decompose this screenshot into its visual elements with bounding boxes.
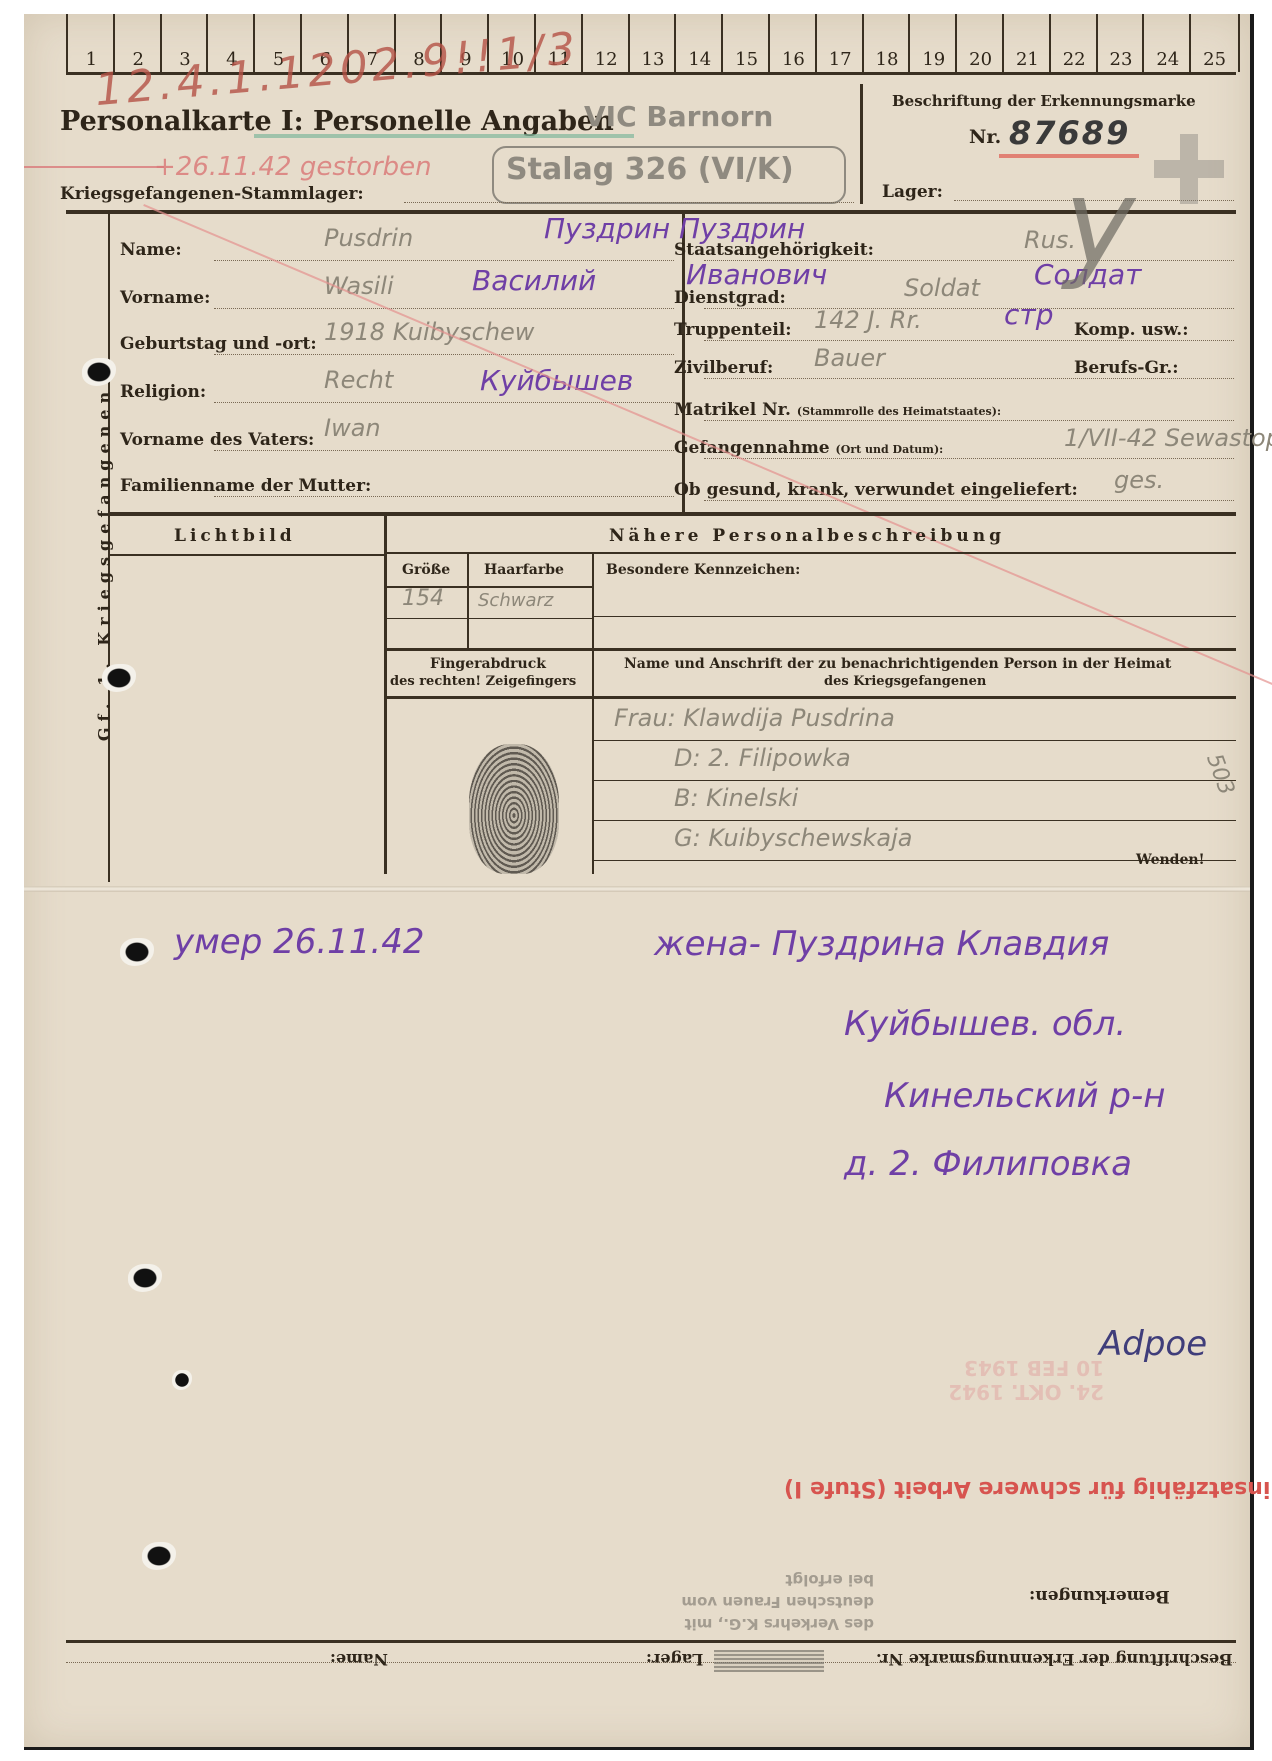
camp-stamp: Stalag 326 (VI/K) — [506, 152, 794, 187]
footer-name: Name: — [330, 1650, 388, 1669]
faded-red-stamp: 24. OKT. 1942 10 FEB 1943 — [904, 1284, 1104, 1404]
punch-hole — [172, 1370, 192, 1390]
number-cell: 15 — [721, 14, 770, 72]
personal-card: 1234567891011121314151617181920212223242… — [24, 14, 1254, 1750]
size-rule-2 — [386, 618, 592, 619]
right-field-label-text: Matrikel Nr. — [674, 400, 791, 420]
left-field-line — [214, 450, 674, 451]
haarfarbe-value: Schwarz — [478, 590, 553, 611]
number-cell: 17 — [815, 14, 864, 72]
haarfarbe-label: Haarfarbe — [484, 562, 564, 578]
fingerprint — [469, 744, 559, 874]
contact-line: G: Kuibyschewskaja — [674, 824, 913, 852]
left-field-label: Vorname des Vaters: — [120, 430, 314, 450]
margin-number: 503 — [1201, 750, 1239, 798]
right-field-label: Zivilberuf: — [674, 358, 773, 378]
red-arrow-line — [24, 166, 164, 168]
number-cell: 25 — [1189, 14, 1240, 72]
contact-line: B: Kinelski — [674, 784, 798, 812]
number-cell: 21 — [1002, 14, 1051, 72]
contact-rule — [594, 820, 1236, 821]
number-cell: 16 — [768, 14, 817, 72]
right-field-sublabel: Berufs-Gr.: — [1074, 358, 1179, 378]
patronymic-violet: Иванович — [686, 258, 827, 291]
lower-col-divider-1 — [384, 514, 387, 874]
right-field-value: Soldat — [904, 274, 980, 302]
grey-stamp-line: deutschen Frauen vom — [634, 1591, 874, 1613]
nr-value: 87689 — [1009, 114, 1130, 152]
groesse-value: 154 — [402, 586, 444, 611]
right-field-label: Dienstgrad: — [674, 288, 786, 308]
finger-label-2: des rechten! Zeigefingers — [390, 674, 576, 689]
right-field-value: 1/VII-42 Sewastopol — [1064, 424, 1272, 452]
punch-hole — [128, 1264, 162, 1292]
right-field-line — [704, 378, 1234, 379]
grey-stamp-line: des Verkehrs K.G., mit — [634, 1613, 874, 1635]
stammlager-label: Kriegsgefangenen-Stammlager: — [60, 184, 364, 204]
address-line: жена- Пуздрина Клавдия — [654, 924, 1109, 964]
left-field-value: Pusdrin — [324, 224, 413, 252]
name-violet: Пуздрин Пуздрин — [544, 212, 805, 245]
truppenteil-violet: стр — [1004, 298, 1053, 331]
left-field-value: Iwan — [324, 414, 381, 442]
kennzeichen-rule — [594, 616, 1236, 617]
grey-check-mark: y — [1064, 154, 1135, 293]
punch-hole — [102, 664, 136, 692]
right-field-label: Ob gesund, krank, verwundet eingeliefert… — [674, 480, 1078, 500]
lager-label: Lager: — [882, 182, 943, 202]
right-field-line — [704, 500, 1234, 501]
number-cell: 22 — [1049, 14, 1098, 72]
right-field-line — [704, 340, 1234, 341]
kennzeichen-label: Besondere Kennzeichen: — [606, 562, 800, 578]
faded-stamp-line: 24. OKT. 1942 — [904, 1380, 1104, 1404]
footer-lager: Lager: — [646, 1650, 703, 1669]
right-field-sublabel: Komp. usw.: — [1074, 320, 1189, 340]
left-field-line — [214, 354, 674, 355]
desc-divider — [592, 554, 594, 874]
contact-line: D: 2. Filipowka — [674, 744, 851, 772]
punch-hole — [120, 938, 154, 966]
finger-bottom-rule — [386, 696, 1236, 699]
finger-top-rule — [386, 648, 1236, 651]
grey-stamp: des Verkehrs K.G., mit deutschen Frauen … — [634, 1569, 874, 1635]
address-line: д. 2. Филиповка — [844, 1144, 1132, 1184]
contact-rule — [594, 740, 1236, 741]
green-underline — [254, 134, 634, 138]
signature: Adpoe — [1099, 1324, 1207, 1364]
punch-hole — [142, 1542, 176, 1570]
left-field-value: Recht — [324, 366, 393, 394]
right-field-label: Matrikel Nr. (Stammrolle des Heimatstaat… — [674, 400, 1001, 420]
right-field-value: Bauer — [814, 344, 885, 372]
right-field-value: 142 J. Rr. — [814, 306, 922, 334]
right-field-label-small: (Stammrolle des Heimatstaates): — [797, 405, 1001, 418]
left-field-line — [214, 260, 674, 261]
vorname-violet: Василий — [472, 264, 596, 297]
fold-line — [24, 886, 1250, 892]
number-cell: 14 — [674, 14, 723, 72]
right-field-label: Truppenteil: — [674, 320, 792, 340]
grey-stamp-line: bei erfolgt — [634, 1569, 874, 1591]
death-note: умер 26.11.42 — [174, 922, 424, 962]
turn-over-label: Wenden! — [1136, 852, 1205, 868]
redacted-block — [714, 1650, 824, 1672]
cross-mark-icon — [1154, 134, 1224, 204]
desc-header: Nähere Personalbeschreibung — [609, 526, 1005, 546]
left-field-value: 1918 Kuibyschew — [324, 318, 534, 346]
left-field-label: Geburtstag und -ort: — [120, 334, 317, 354]
right-field-label-text: Dienstgrad: — [674, 288, 786, 308]
faded-stamp-line: 10 FEB 1943 — [904, 1356, 1104, 1380]
desc-rule — [386, 552, 1236, 554]
contact-header-1: Name und Anschrift der zu benachrichtige… — [624, 656, 1171, 672]
left-field-line — [214, 308, 674, 309]
right-field-value: ges. — [1114, 466, 1164, 494]
right-field-line — [704, 308, 1234, 309]
photo-rule — [108, 554, 384, 556]
camp-stamp-top: VIC Barnorn — [584, 100, 773, 133]
left-field-label: Vorname: — [120, 288, 210, 308]
footer-beschriftung: Beschriftung der Erkennungsmarke Nr. — [876, 1650, 1233, 1669]
left-field-label: Familienname der Mutter: — [120, 476, 371, 496]
contact-line: Frau: Klawdija Pusdrina — [614, 704, 895, 732]
number-cell: 18 — [862, 14, 911, 72]
header-divider — [860, 84, 863, 204]
right-field-label-text: Ob gesund, krank, verwundet eingeliefert… — [674, 480, 1078, 500]
number-cell: 13 — [628, 14, 677, 72]
finger-label-1: Fingerabdruck — [430, 656, 546, 672]
right-field-label-small: (Ort und Datum): — [836, 443, 944, 456]
number-cell: 12 — [581, 14, 630, 72]
number-cell: 19 — [908, 14, 957, 72]
bemerkungen-label: Bemerkungen: — [1029, 1586, 1170, 1606]
groesse-label: Größe — [402, 562, 450, 578]
address-line: Куйбышев. обл. — [844, 1004, 1126, 1044]
erkennungsmarke-title: Beschriftung der Erkennungsmarke — [892, 92, 1196, 110]
side-label: Gf. 1. Kriegsgefangenen — [95, 364, 114, 764]
number-cell: 23 — [1096, 14, 1145, 72]
section-rule-2 — [108, 512, 1236, 516]
contact-rule — [594, 780, 1236, 781]
number-cell: 24 — [1142, 14, 1191, 72]
nr-label: Nr. — [969, 126, 1001, 148]
right-field-label-text: Truppenteil: — [674, 320, 792, 340]
red-stamp: Einsatzfähig für schwere Arbeit (Stufe I… — [784, 1476, 1272, 1501]
left-field-label: Name: — [120, 240, 182, 260]
contact-header-2: des Kriegsgefangenen — [824, 674, 986, 689]
number-cell: 20 — [955, 14, 1004, 72]
stammlager-line — [404, 202, 854, 203]
left-field-label: Religion: — [120, 382, 206, 402]
right-field-line — [704, 458, 1234, 459]
death-note-red: +26.11.42 gestorben — [154, 152, 432, 182]
right-field-line — [704, 420, 1234, 421]
size-divider — [467, 554, 469, 648]
left-field-line — [214, 496, 674, 497]
address-line: Кинельский р-н — [884, 1076, 1165, 1116]
form-title: Personalkarte I: Personelle Angaben — [60, 106, 614, 137]
footer-rule — [66, 1640, 1236, 1643]
photo-header: Lichtbild — [174, 526, 296, 546]
right-field-label-text: Zivilberuf: — [674, 358, 773, 378]
